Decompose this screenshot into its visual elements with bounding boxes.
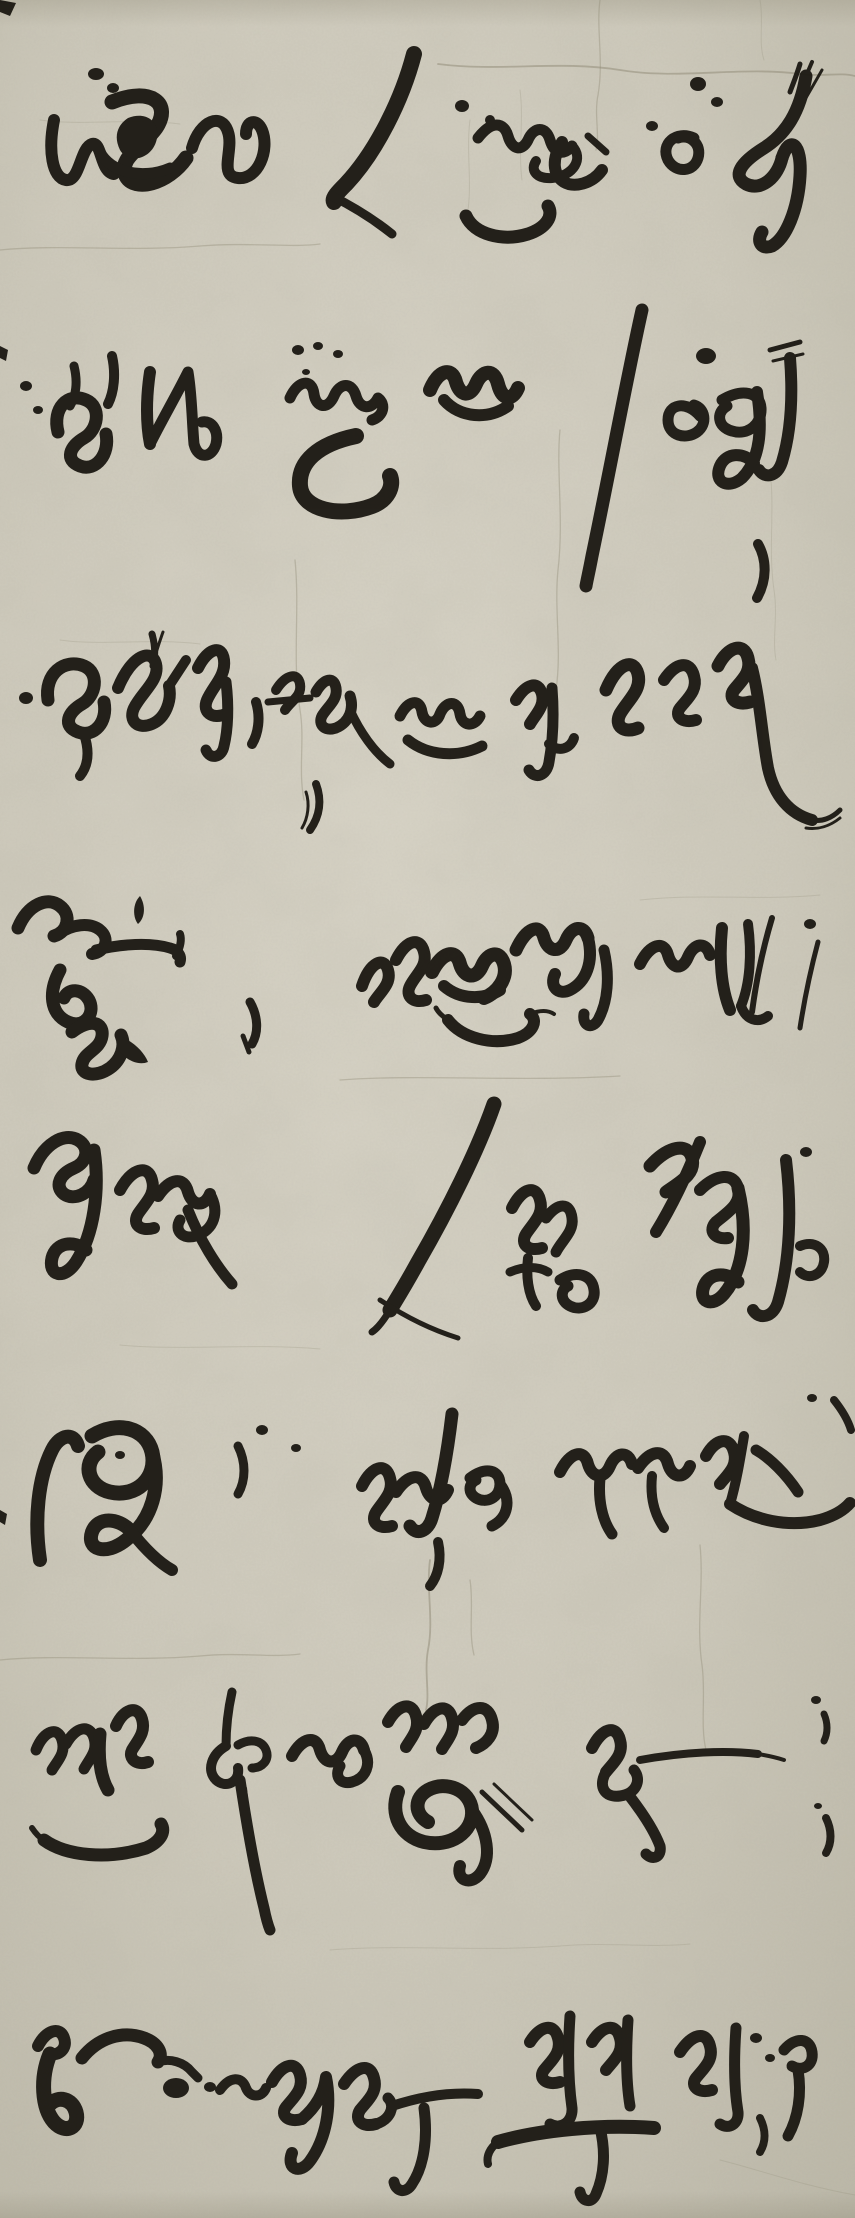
brush-stroke (690, 77, 706, 91)
brush-stroke (107, 83, 119, 93)
brush-stroke (804, 919, 816, 929)
scroll-svg (0, 0, 855, 2218)
paper-edge-shading (0, 0, 855, 2218)
brush-stroke (256, 1425, 268, 1435)
brush-stroke (204, 2082, 216, 2092)
brush-stroke (20, 381, 32, 391)
calligraphy-scroll (0, 0, 855, 2218)
brush-stroke (765, 2054, 775, 2062)
brush-stroke (455, 100, 469, 112)
brush-stroke (88, 68, 104, 80)
brush-stroke (814, 1803, 822, 1809)
brush-stroke (292, 345, 304, 355)
brush-stroke (19, 692, 33, 704)
brush-stroke (313, 342, 323, 350)
brush-stroke (33, 406, 43, 414)
brush-stroke (711, 97, 723, 107)
brush-stroke (807, 1394, 817, 1402)
brush-stroke (176, 934, 181, 956)
brush-stroke (291, 1444, 301, 1452)
brush-stroke (163, 2078, 189, 2098)
brush-stroke (824, 1714, 827, 1741)
brush-stroke (627, 2020, 630, 2106)
brush-stroke (800, 1147, 812, 1157)
brush-stroke (811, 1696, 821, 1704)
brush-stroke (646, 121, 658, 131)
brush-stroke (333, 350, 343, 358)
brush-stroke (696, 348, 716, 364)
brush-stroke (268, 698, 310, 702)
brush-stroke (115, 1451, 125, 1459)
brush-stroke (750, 2033, 762, 2043)
brush-stroke (302, 369, 310, 375)
brush-stroke (760, 2118, 765, 2152)
